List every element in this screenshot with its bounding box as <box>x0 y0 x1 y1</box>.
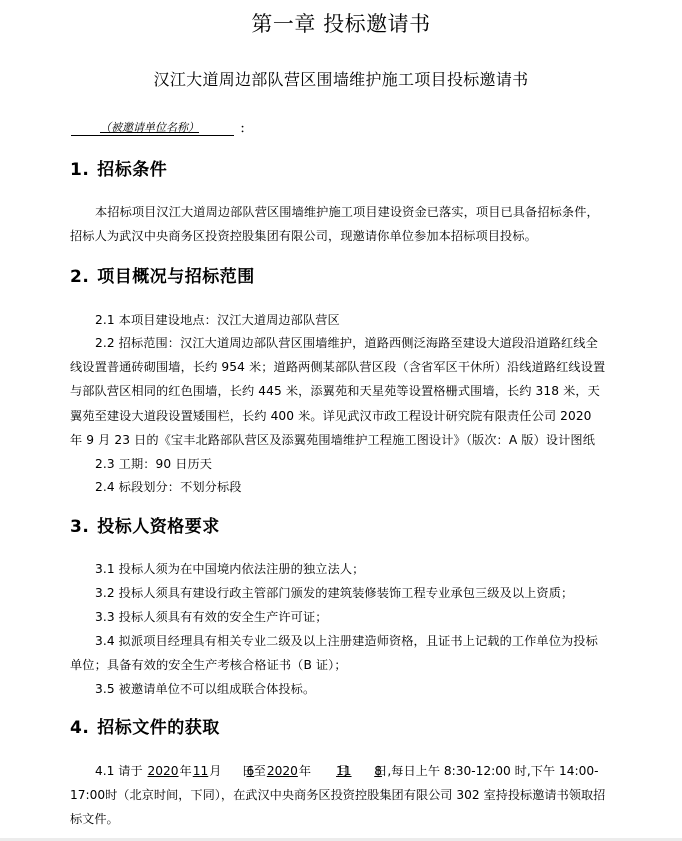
end-year: 2020 <box>266 764 299 778</box>
section-number: 3. <box>70 517 89 537</box>
paragraph-2-3: 2.3 工期：90 日历天 <box>70 452 606 476</box>
paragraph-3-1: 3.1 投标人须为在中国境内依法注册的独立法人； <box>70 557 606 581</box>
section-number: 2. <box>70 267 89 287</box>
chapter-title: 第一章 投标邀请书 <box>0 8 682 38</box>
end-day: 8 <box>349 759 375 783</box>
document-page: 第一章 投标邀请书 汉江大道周边部队营区围墙维护施工项目投标邀请书 （被邀请单位… <box>0 0 682 838</box>
start-year: 2020 <box>147 764 180 778</box>
addressee-colon: ： <box>240 122 251 136</box>
section-title: 招标文件的获取 <box>97 718 220 738</box>
section-title: 投标人资格要求 <box>97 517 220 537</box>
text-prefix: 4.1 请于 <box>95 764 143 778</box>
paragraph-2-2: 2.2 招标范围：汉江大道周边部队营区围墙维护，道路西侧泛海路至建设大道段沿道路… <box>70 331 606 452</box>
paragraph-3-3: 3.3 投标人须具有有效的安全生产许可证； <box>70 605 606 629</box>
section-heading-1: 1.招标条件 <box>70 155 167 180</box>
text: 年 <box>180 764 192 778</box>
section-heading-3: 3.投标人资格要求 <box>70 512 220 537</box>
section-number: 1. <box>70 160 89 180</box>
section-heading-2: 2.项目概况与招标范围 <box>70 262 255 287</box>
document-subtitle: 汉江大道周边部队营区围墙维护施工项目投标邀请书 <box>0 67 682 90</box>
text-rest: 时（北京时间，下同），在武汉中央商务区投资控股集团有限公司 302 室持投标邀请… <box>70 788 605 826</box>
paragraph-4-1: 4.1 请于 2020年11月6日至2020年11月8日,每日上午 8:30-1… <box>70 759 606 832</box>
paragraph-2-1: 2.1 本项目建设地点：汉江大道周边部队营区 <box>70 308 606 332</box>
section-heading-4: 4.招标文件的获取 <box>70 713 220 738</box>
section-number: 4. <box>70 718 89 738</box>
start-month: 11 <box>192 764 210 778</box>
addressee-blank: （被邀请单位名称） <box>71 121 234 136</box>
addressee-line: （被邀请单位名称） ： <box>71 121 251 136</box>
start-day: 6 <box>221 759 241 783</box>
paragraph-2-4: 2.4 标段划分：不划分标段 <box>70 475 606 499</box>
end-month: 11 <box>311 759 337 783</box>
paragraph-3-5: 3.5 被邀请单位不可以组成联合体投标。 <box>70 677 606 701</box>
text: 月 <box>209 764 221 778</box>
text: 年 <box>299 764 311 778</box>
paragraph-1: 本招标项目汉江大道周边部队营区围墙维护施工项目建设资金已落实，项目已具备招标条件… <box>70 200 606 248</box>
paragraph-3-2: 3.2 投标人须具有建设行政主管部门颁发的建筑装修装饰工程专业承包三级及以上资质… <box>70 581 606 605</box>
paragraph-3-4: 3.4 拟派项目经理具有相关专业二级及以上注册建造师资格，且证书上记载的工作单位… <box>70 629 606 677</box>
section-title: 项目概况与招标范围 <box>97 267 255 287</box>
text: 日至 <box>241 764 265 778</box>
text: 月 <box>337 764 349 778</box>
section-title: 招标条件 <box>97 160 167 180</box>
